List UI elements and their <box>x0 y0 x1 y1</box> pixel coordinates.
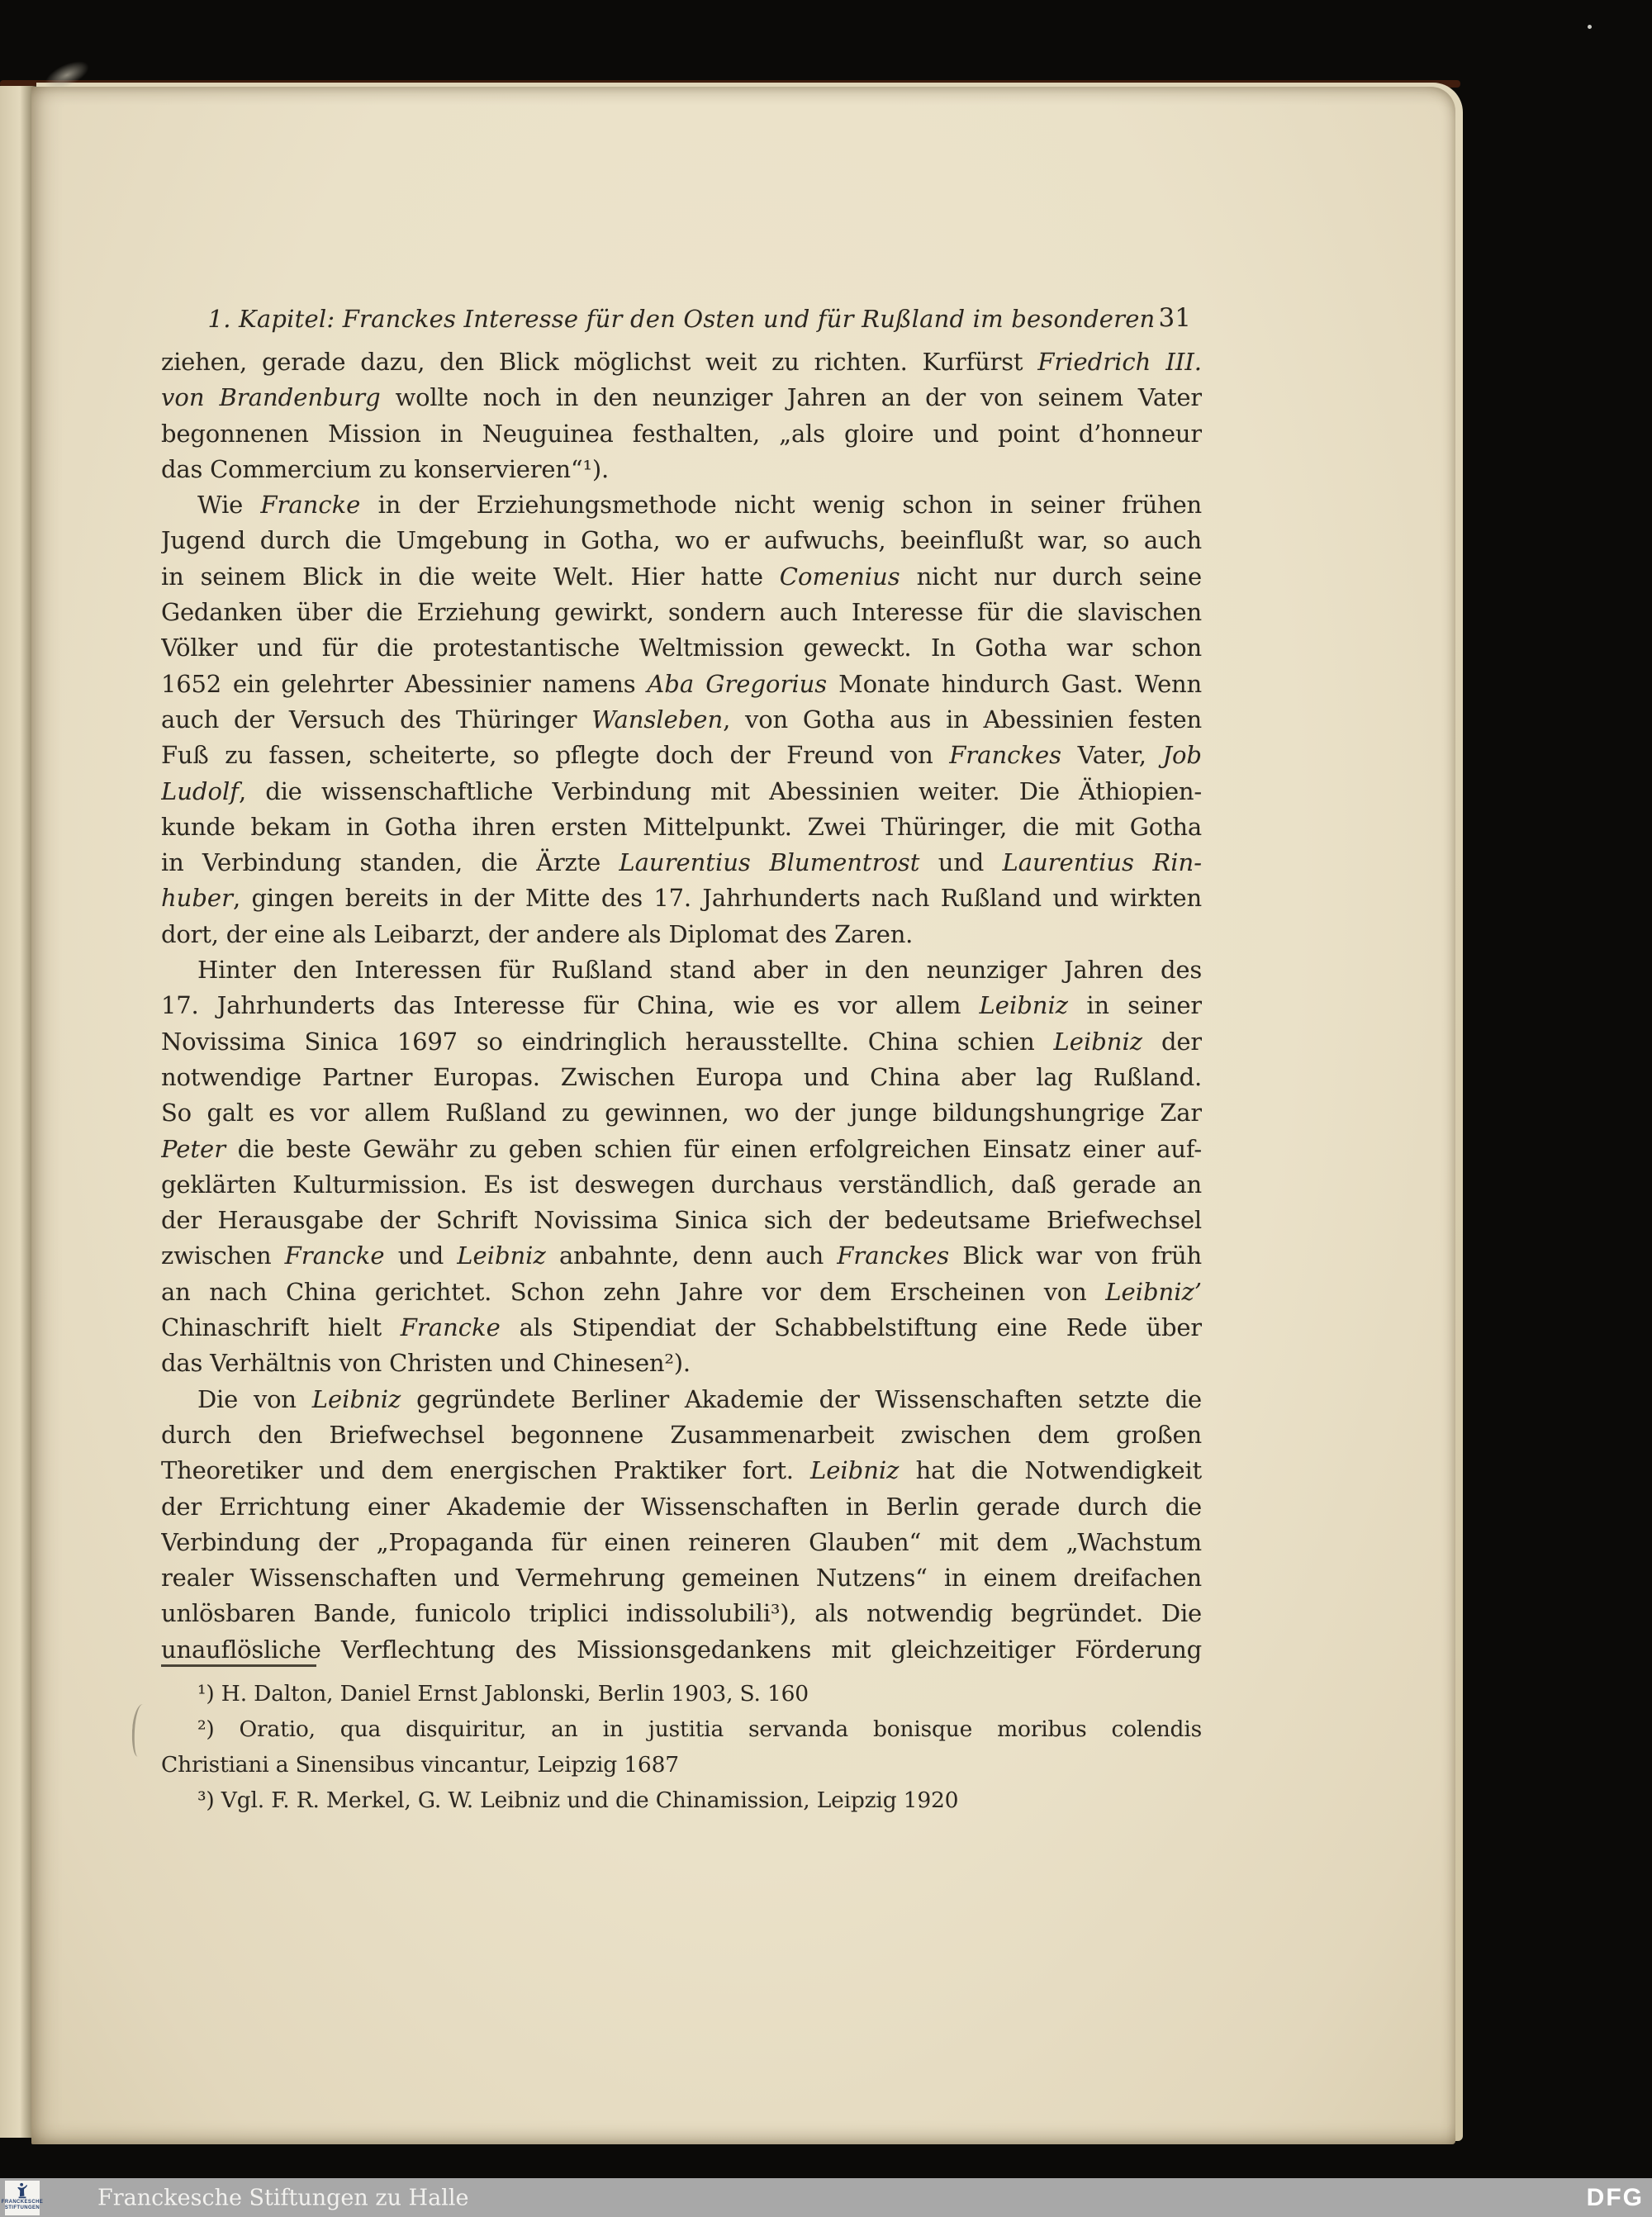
text-line: Verbindung der „Propaganda für einen rei… <box>161 1525 1202 1560</box>
italic-text: Leibniz <box>312 1385 401 1413</box>
italic-text: huber <box>161 884 233 912</box>
roman-text: , gingen bereits in der Mitte des 17. Ja… <box>233 884 1202 912</box>
roman-text: Gedanken über die Erziehung gewirkt, son… <box>161 598 1202 626</box>
roman-text: auch der Versuch des Thüringer <box>161 705 591 733</box>
roman-text: als Stipendiat der Schabbelstiftung eine… <box>501 1313 1202 1341</box>
text-line: unauflösliche Verflechtung des Missionsg… <box>161 1632 1202 1668</box>
text-line: Ludolf, die wissenschaftliche Verbindung… <box>161 774 1202 809</box>
roman-text: hat die Notwendigkeit <box>899 1456 1202 1484</box>
text-line: zwischen Francke und Leibniz anbahnte, d… <box>161 1238 1202 1274</box>
roman-text: dort, der eine als Leibarzt, der andere … <box>161 920 913 948</box>
italic-text: Ludolf <box>161 777 239 805</box>
roman-text: und <box>919 848 1002 876</box>
text-line: kunde bekam in Gotha ihren ersten Mittel… <box>161 809 1202 845</box>
roman-text: der Herausgabe der Schrift Novissima Sin… <box>161 1206 1202 1234</box>
roman-text: Blick war von früh <box>949 1241 1202 1270</box>
roman-text: Völker und für die protestantische Weltm… <box>161 634 1202 662</box>
footnote-rule <box>161 1664 316 1667</box>
roman-text: notwendige Partner Europas. Zwischen Eur… <box>161 1063 1202 1091</box>
italic-text: Friedrich III. <box>1037 348 1202 376</box>
roman-text: Fuß zu fassen, scheiterte, so pflegte do… <box>161 741 949 769</box>
italic-text: Comenius <box>780 563 900 591</box>
italic-text: Leibniz <box>810 1456 900 1484</box>
italic-text: von Brandenburg <box>161 383 381 411</box>
italic-text: Franckes <box>837 1241 949 1270</box>
roman-text: geklärten Kulturmission. Es ist deswegen… <box>161 1170 1202 1199</box>
roman-text: das Commercium zu konservieren“¹). <box>161 455 609 483</box>
roman-text: ³) Vgl. F. R. Merkel, G. W. Leibniz und … <box>197 1787 958 1813</box>
roman-text: 1652 ein gelehrter Abessinier namens <box>161 670 647 698</box>
logo-text-line2: STIFTUNGEN <box>5 2205 40 2211</box>
roman-text: und <box>385 1241 458 1270</box>
institution-name: Franckesche Stiftungen zu Halle <box>97 2185 468 2210</box>
roman-text: in der Erziehungsmethode nicht wenig sch… <box>360 491 1202 519</box>
italic-text: Aba Gregorius <box>647 670 827 698</box>
italic-text: Francke <box>401 1313 501 1341</box>
franckesche-stiftungen-logo[interactable]: FRANCKESCHE STIFTUNGEN <box>5 2181 40 2215</box>
roman-text: nicht nur durch seine <box>900 563 1202 591</box>
text-line: ziehen, gerade dazu, den Blick möglichst… <box>161 344 1202 380</box>
text-line: ³) Vgl. F. R. Merkel, G. W. Leibniz und … <box>161 1783 1202 1818</box>
roman-text: in seiner <box>1068 991 1202 1019</box>
roman-text: unlösbaren Bande, funicolo triplici indi… <box>161 1599 1202 1627</box>
chapter-title: 1. Kapitel: Franckes Interesse für den O… <box>161 305 1202 333</box>
text-line: Hinter den Interessen für Rußland stand … <box>161 952 1202 988</box>
pencil-margin-mark <box>131 1704 149 1758</box>
roman-text: Monate hindurch Gast. Wenn <box>827 670 1202 698</box>
roman-text: Die von <box>197 1385 312 1413</box>
italic-text: Franckes <box>949 741 1061 769</box>
text-line: der Errichtung einer Akademie der Wissen… <box>161 1489 1202 1525</box>
text-line: auch der Versuch des Thüringer Wansleben… <box>161 702 1202 738</box>
roman-text: Theoretiker und dem energischen Praktike… <box>161 1456 810 1484</box>
roman-text: 17. Jahrhunderts das Interesse für China… <box>161 991 980 1019</box>
text-line: das Commercium zu konservieren“¹). <box>161 452 1202 487</box>
text-line: huber, gingen bereits in der Mitte des 1… <box>161 881 1202 916</box>
text-line: geklärten Kulturmission. Es ist deswegen… <box>161 1167 1202 1203</box>
italic-text: Leibniz <box>980 991 1069 1019</box>
footnotes: ¹) H. Dalton, Daniel Ernst Jablonski, Be… <box>161 1676 1202 1818</box>
text-line: Novissima Sinica 1697 so eindringlich he… <box>161 1024 1202 1060</box>
italic-text: Leibniz <box>1054 1028 1143 1056</box>
text-line: Theoretiker und dem energischen Praktike… <box>161 1453 1202 1488</box>
body-text: ziehen, gerade dazu, den Blick möglichst… <box>161 344 1202 1668</box>
text-line: Peter die beste Gewähr zu geben schien f… <box>161 1132 1202 1167</box>
text-line: Gedanken über die Erziehung gewirkt, son… <box>161 595 1202 630</box>
text-line: ¹) H. Dalton, Daniel Ernst Jablonski, Be… <box>161 1676 1202 1711</box>
italic-text: Job <box>1162 741 1202 769</box>
italic-text: Laurentius Blumentrost <box>619 848 919 876</box>
roman-text: realer Wissenschaften und Vermehrung gem… <box>161 1564 1202 1592</box>
italic-text: Wansleben <box>591 705 723 733</box>
roman-text: So galt es vor allem Rußland zu gewinnen… <box>161 1099 1202 1127</box>
text-line: Fuß zu fassen, scheiterte, so pflegte do… <box>161 738 1202 773</box>
francke-statue-icon <box>15 2182 30 2200</box>
text-line: in seinem Blick in die weite Welt. Hier … <box>161 559 1202 595</box>
dfg-logo[interactable]: DFG <box>1587 2184 1644 2212</box>
text-line: Chinaschrift hielt Francke als Stipendia… <box>161 1310 1202 1346</box>
roman-text: Vater, <box>1061 741 1162 769</box>
text-line: an nach China gerichtet. Schon zehn Jahr… <box>161 1275 1202 1310</box>
text-line: durch den Briefwechsel begonnene Zusamme… <box>161 1417 1202 1453</box>
roman-text: , von Gotha aus in Abessinien festen <box>723 705 1202 733</box>
roman-text: Jugend durch die Umgebung in Gotha, wo e… <box>161 526 1202 554</box>
italic-text: Peter <box>161 1135 225 1163</box>
italic-text: Laurentius Rin- <box>1002 848 1202 876</box>
text-line: dort, der eine als Leibarzt, der andere … <box>161 917 1202 952</box>
italic-text: Leibniz’ <box>1105 1278 1202 1306</box>
text-line: realer Wissenschaften und Vermehrung gem… <box>161 1560 1202 1596</box>
italic-text: Francke <box>260 491 360 519</box>
roman-text: Hinter den Interessen für Rußland stand … <box>197 956 1202 984</box>
roman-text: anbahnte, denn auch <box>546 1241 838 1270</box>
roman-text: Wie <box>197 491 260 519</box>
roman-text: begonnenen Mission in Neuguinea festhalt… <box>161 420 1202 448</box>
text-line: das Verhältnis von Christen und Chinesen… <box>161 1346 1202 1381</box>
roman-text: ²) Oratio, qua disquiritur, an in justit… <box>197 1716 1202 1742</box>
text-line: 1652 ein gelehrter Abessinier namens Aba… <box>161 667 1202 702</box>
book-page: 1. Kapitel: Franckes Interesse für den O… <box>31 87 1455 2144</box>
text-line: Wie Francke in der Erziehungsmethode nic… <box>161 487 1202 523</box>
roman-text: kunde bekam in Gotha ihren ersten Mittel… <box>161 813 1202 841</box>
scan-viewport: 1. Kapitel: Franckes Interesse für den O… <box>0 0 1652 2217</box>
roman-text: Christiani a Sinensibus vincantur, Leipz… <box>161 1752 679 1778</box>
italic-text: Leibniz <box>457 1241 546 1270</box>
roman-text: Chinaschrift hielt <box>161 1313 401 1341</box>
roman-text: der <box>1142 1028 1202 1056</box>
roman-text: an nach China gerichtet. Schon zehn Jahr… <box>161 1278 1105 1306</box>
text-line: notwendige Partner Europas. Zwischen Eur… <box>161 1060 1202 1095</box>
text-line: 17. Jahrhunderts das Interesse für China… <box>161 988 1202 1023</box>
roman-text: ziehen, gerade dazu, den Blick möglichst… <box>161 348 1037 376</box>
text-line: Christiani a Sinensibus vincantur, Leipz… <box>161 1747 1202 1783</box>
running-header: 1. Kapitel: Franckes Interesse für den O… <box>161 305 1202 343</box>
roman-text: , die wissenschaftliche Verbindung mit A… <box>239 777 1202 805</box>
text-line: in Verbindung standen, die Ärzte Laurent… <box>161 845 1202 881</box>
text-line: So galt es vor allem Rußland zu gewinnen… <box>161 1095 1202 1131</box>
roman-text: Verbindung der „Propaganda für einen rei… <box>161 1528 1202 1556</box>
page-number: 31 <box>1159 303 1191 333</box>
text-line: von Brandenburg wollte noch in den neunz… <box>161 380 1202 415</box>
roman-text: das Verhältnis von Christen und Chinesen… <box>161 1349 691 1377</box>
roman-text: Novissima Sinica 1697 so eindringlich he… <box>161 1028 1054 1056</box>
roman-text: ¹) H. Dalton, Daniel Ernst Jablonski, Be… <box>197 1681 809 1707</box>
roman-text: gegründete Berliner Akademie der Wissens… <box>401 1385 1202 1413</box>
text-line: Völker und für die protestantische Weltm… <box>161 630 1202 666</box>
text-line: ²) Oratio, qua disquiritur, an in justit… <box>161 1711 1202 1747</box>
roman-text: in seinem Blick in die weite Welt. Hier … <box>161 563 780 591</box>
italic-text: Francke <box>285 1241 385 1270</box>
roman-text: zwischen <box>161 1241 285 1270</box>
roman-text: der Errichtung einer Akademie der Wissen… <box>161 1493 1202 1521</box>
text-line: unlösbaren Bande, funicolo triplici indi… <box>161 1596 1202 1631</box>
roman-text: in Verbindung standen, die Ärzte <box>161 848 619 876</box>
viewer-footer-bar: FRANCKESCHE STIFTUNGEN Franckesche Stift… <box>0 2178 1652 2217</box>
text-line: Die von Leibniz gegründete Berliner Akad… <box>161 1382 1202 1417</box>
text-line: begonnenen Mission in Neuguinea festhalt… <box>161 416 1202 452</box>
roman-text: die beste Gewähr zu geben schien für ein… <box>225 1135 1202 1163</box>
roman-text: durch den Briefwechsel begonnene Zusamme… <box>161 1421 1202 1449</box>
roman-text: wollte noch in den neunziger Jahren an d… <box>381 383 1202 411</box>
text-line: Jugend durch die Umgebung in Gotha, wo e… <box>161 523 1202 558</box>
dust-dot <box>1588 25 1592 29</box>
text-line: der Herausgabe der Schrift Novissima Sin… <box>161 1203 1202 1238</box>
roman-text: unauflösliche Verflechtung des Missionsg… <box>161 1635 1202 1664</box>
